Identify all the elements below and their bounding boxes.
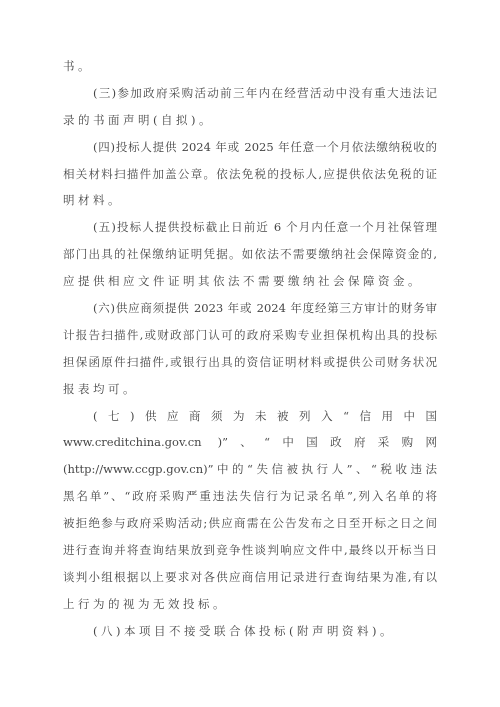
document-line: 黑名单”、“政府采购严重违法失信行为记录名单”,列入名单的将 xyxy=(63,483,437,510)
document-line: (六)供应商须提供 2023 年或 2024 年度经第三方审计的财务审 xyxy=(63,295,437,322)
document-line: 担保函原件扫描件,或银行出具的资信证明材料或提供公司财务状况 xyxy=(63,349,437,376)
document-line: 被拒绝参与政府采购活动;供应商需在公告发布之日至开标之日之间 xyxy=(63,510,437,537)
document-line: 明材料。 xyxy=(63,187,437,214)
document-line: 谈判小组根据以上要求对各供应商信用记录进行查询结果为准,有以 xyxy=(63,564,437,591)
document-line: 进行查询并将查询结果放到竞争性谈判响应文件中,最终以开标当日 xyxy=(63,537,437,564)
document-line: (四)投标人提供 2024 年或 2025 年任意一个月依法缴纳税收的 xyxy=(63,134,437,161)
document-line: 计报告扫描件,或财政部门认可的政府采购专业担保机构出具的投标 xyxy=(63,322,437,349)
document-line: (七)供应商须为未被列入“信用中国 xyxy=(63,403,437,430)
document-line: www.creditchina.gov.cn )”、“中国政府采购网 xyxy=(63,429,437,456)
document-line: (http://www.ccgp.gov.cn)”中的“失信被执行人”、“税收违… xyxy=(63,456,437,483)
document-line: (三)参加政府采购活动前三年内在经营活动中没有重大违法记 xyxy=(63,80,437,107)
document-line: 录的书面声明(自拟)。 xyxy=(63,107,437,134)
document-line: (八)本项目不接受联合体投标(附声明资料)。 xyxy=(63,618,437,645)
document-line: 报表均可。 xyxy=(63,376,437,403)
document-line: 上行为的视为无效投标。 xyxy=(63,591,437,618)
document-line: (五)投标人提供投标截止日前近 6 个月内任意一个月社保管理 xyxy=(63,214,437,241)
document-line: 应提供相应文件证明其依法不需要缴纳社会保障资金。 xyxy=(63,268,437,295)
document-line: 部门出具的社保缴纳证明凭据。如依法不需要缴纳社会保障资金的, xyxy=(63,241,437,268)
document-line: 书。 xyxy=(63,53,437,80)
document-line: 相关材料扫描件加盖公章。依法免税的投标人,应提供依法免税的证 xyxy=(63,161,437,188)
document-page: 书。 (三)参加政府采购活动前三年内在经营活动中没有重大违法记 录的书面声明(自… xyxy=(0,0,500,707)
